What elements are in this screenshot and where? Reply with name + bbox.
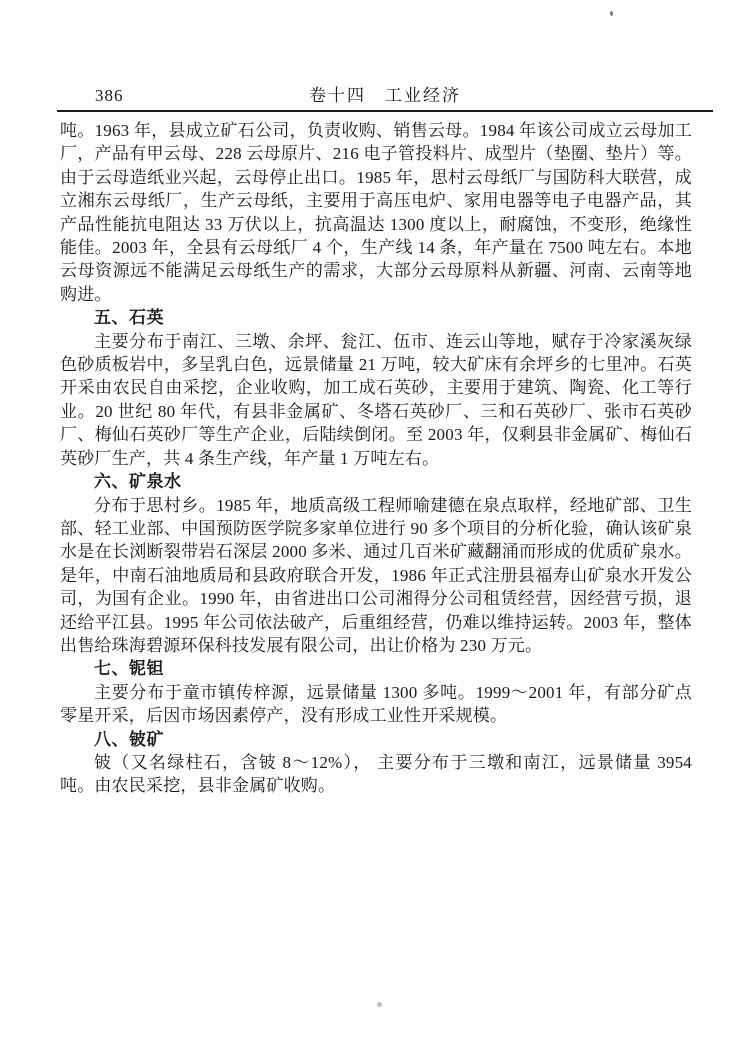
header-rule-divider [57, 110, 713, 112]
section-heading-niobium-tantalum: 七、铌钽 [60, 657, 692, 680]
paragraph-mineral-water: 分布于思村乡。1985 年，地质高级工程师喻建德在泉点取样，经地矿部、卫生部、轻… [60, 494, 692, 658]
paragraph-quartz: 主要分布于南江、三墩、余坪、瓮江、伍市、连云山等地，赋存于冷家溪灰绿色砂质板岩中… [60, 330, 692, 470]
running-title: 卷十四 工业经济 [57, 84, 713, 108]
scan-speck [377, 1002, 382, 1007]
section-heading-quartz: 五、石英 [60, 306, 692, 329]
scanned-page: 386 卷十四 工业经济 吨。1963 年，县成立矿石公司，负责收购、销售云母。… [0, 0, 750, 1044]
page-header: 386 卷十四 工业经济 [57, 84, 713, 108]
paragraph-beryllium: 铍（又名绿柱石，含铍 8～12%）， 主要分布于三墩和南江，远景储量 3954 … [60, 751, 692, 798]
paragraph-niobium-tantalum: 主要分布于童市镇传梓源，远景储量 1300 多吨。1999～2001 年，有部分… [60, 681, 692, 728]
paragraph-mica-continuation: 吨。1963 年，县成立矿石公司，负责收购、销售云母。1984 年该公司成立云母… [60, 119, 692, 306]
section-heading-beryllium: 八、铍矿 [60, 728, 692, 751]
section-heading-mineral-water: 六、矿泉水 [60, 470, 692, 493]
page-body: 吨。1963 年，县成立矿石公司，负责收购、销售云母。1984 年该公司成立云母… [60, 119, 692, 798]
scan-speck [610, 11, 613, 16]
